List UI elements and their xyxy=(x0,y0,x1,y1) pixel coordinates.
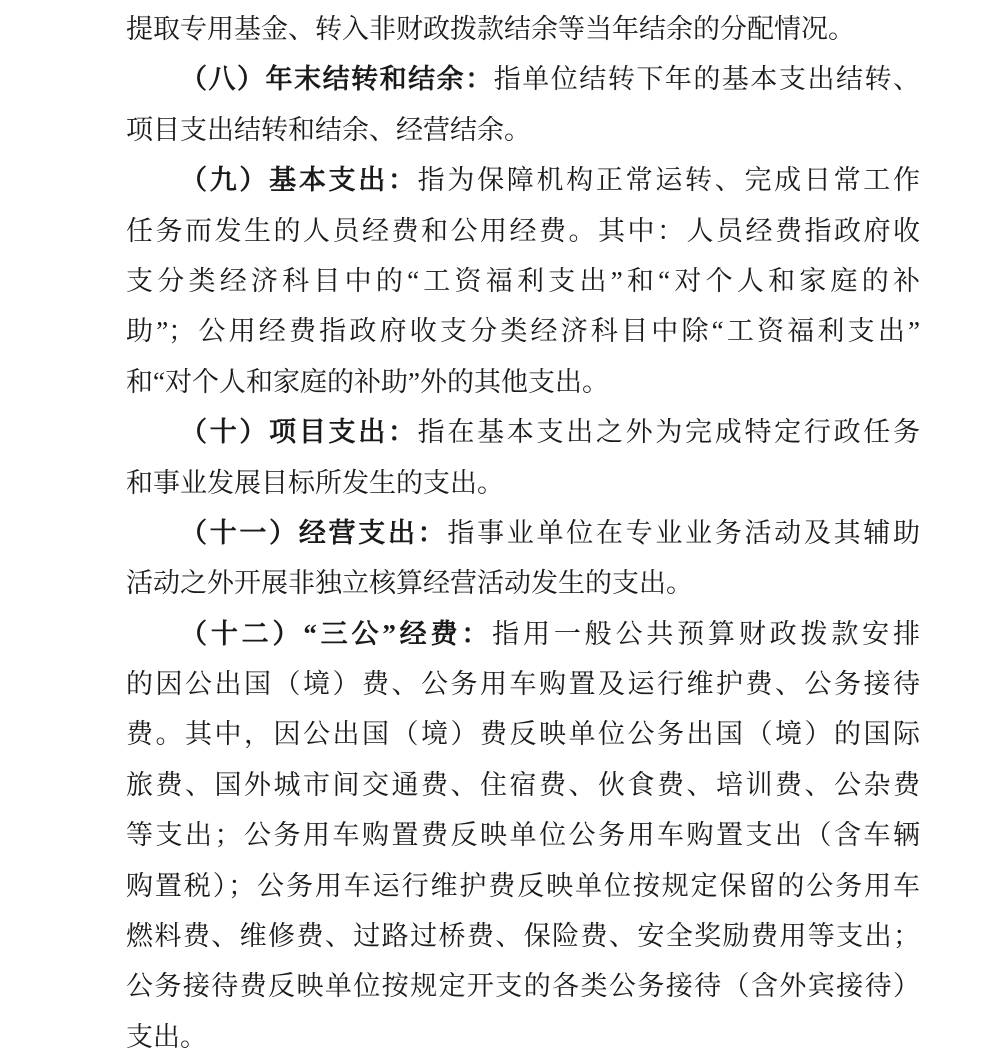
term-label: （十）项目支出： xyxy=(180,417,418,447)
text-line: 公务接待费反映单位按规定开支的各类公务接待（含外宾接待） xyxy=(126,961,920,1011)
term-label: （十二）“三公”经费： xyxy=(180,619,492,649)
line-text: 购置税）；公务用车运行维护费反映单位按规定保留的公务用车 xyxy=(126,871,920,901)
line-text: 指用一般公共预算财政拨款安排 xyxy=(492,619,920,649)
text-line: 燃料费、维修费、过路过桥费、保险费、安全奖励费用等支出； xyxy=(126,911,920,961)
line-text: 任务而发生的人员经费和公用经费。其中：人员经费指政府收 xyxy=(126,216,920,246)
text-line: 项目支出结转和结余、经营结余。 xyxy=(126,105,920,155)
line-text: 和“对个人和家庭的补助”外的其他支出。 xyxy=(126,367,609,397)
text-line: 和事业发展目标所发生的支出。 xyxy=(126,458,920,508)
document-body: 提取专用基金、转入非财政拨款结余等当年结余的分配情况。（八）年末结转和结余：指单… xyxy=(126,4,920,1059)
text-line: 支分类经济科目中的“工资福利支出”和“对个人和家庭的补 xyxy=(126,256,920,306)
line-text: 旅费、国外城市间交通费、住宿费、伙食费、培训费、公杂费 xyxy=(126,770,920,800)
text-line: 的因公出国（境）费、公务用车购置及运行维护费、公务接待 xyxy=(126,659,920,709)
text-line: （十）项目支出：指在基本支出之外为完成特定行政任务 xyxy=(126,407,920,457)
text-line: 和“对个人和家庭的补助”外的其他支出。 xyxy=(126,357,920,407)
text-line: （十一）经营支出：指事业单位在专业业务活动及其辅助 xyxy=(126,508,920,558)
line-text: 指在基本支出之外为完成特定行政任务 xyxy=(418,417,920,447)
line-text: 等支出；公务用车购置费反映单位公务用车购置支出（含车辆 xyxy=(126,820,920,850)
text-line: 等支出；公务用车购置费反映单位公务用车购置支出（含车辆 xyxy=(126,810,920,860)
text-line: 购置税）；公务用车运行维护费反映单位按规定保留的公务用车 xyxy=(126,861,920,911)
term-label: （九）基本支出： xyxy=(180,165,418,195)
line-text: 和事业发展目标所发生的支出。 xyxy=(126,468,504,498)
line-text: 指为保障机构正常运转、完成日常工作 xyxy=(418,165,920,195)
text-line: （十二）“三公”经费：指用一般公共预算财政拨款安排 xyxy=(126,609,920,659)
term-label: （十一）经营支出： xyxy=(180,518,447,548)
line-text: 燃料费、维修费、过路过桥费、保险费、安全奖励费用等支出； xyxy=(126,921,920,951)
line-text: 费。其中，因公出国（境）费反映单位公务出国（境）的国际 xyxy=(126,719,920,749)
text-line: 活动之外开展非独立核算经营活动发生的支出。 xyxy=(126,558,920,608)
line-text: 支分类经济科目中的“工资福利支出”和“对个人和家庭的补 xyxy=(126,266,920,296)
line-text: 公务接待费反映单位按规定开支的各类公务接待（含外宾接待） xyxy=(126,971,920,1001)
term-label: （八）年末结转和结余： xyxy=(180,64,494,94)
line-text: 提取专用基金、转入非财政拨款结余等当年结余的分配情况。 xyxy=(126,14,855,44)
text-line: 提取专用基金、转入非财政拨款结余等当年结余的分配情况。 xyxy=(126,4,920,54)
document-page: 提取专用基金、转入非财政拨款结余等当年结余的分配情况。（八）年末结转和结余：指单… xyxy=(0,0,1000,1059)
text-line: 助”；公用经费指政府收支分类经济科目中除“工资福利支出” xyxy=(126,306,920,356)
line-text: 助”；公用经费指政府收支分类经济科目中除“工资福利支出” xyxy=(126,316,920,346)
line-text: 指事业单位在专业业务活动及其辅助 xyxy=(447,518,920,548)
line-text: 项目支出结转和结余、经营结余。 xyxy=(126,115,531,145)
line-text: 的因公出国（境）费、公务用车购置及运行维护费、公务接待 xyxy=(126,669,920,699)
line-text: 活动之外开展非独立核算经营活动发生的支出。 xyxy=(126,568,693,598)
text-line: 费。其中，因公出国（境）费反映单位公务出国（境）的国际 xyxy=(126,709,920,759)
text-line: 任务而发生的人员经费和公用经费。其中：人员经费指政府收 xyxy=(126,206,920,256)
text-line: 支出。 xyxy=(126,1012,920,1059)
text-line: 旅费、国外城市间交通费、住宿费、伙食费、培训费、公杂费 xyxy=(126,760,920,810)
line-text: 指单位结转下年的基本支出结转、 xyxy=(494,64,920,94)
text-line: （八）年末结转和结余：指单位结转下年的基本支出结转、 xyxy=(126,54,920,104)
text-line: （九）基本支出：指为保障机构正常运转、完成日常工作 xyxy=(126,155,920,205)
line-text: 支出。 xyxy=(126,1022,207,1052)
